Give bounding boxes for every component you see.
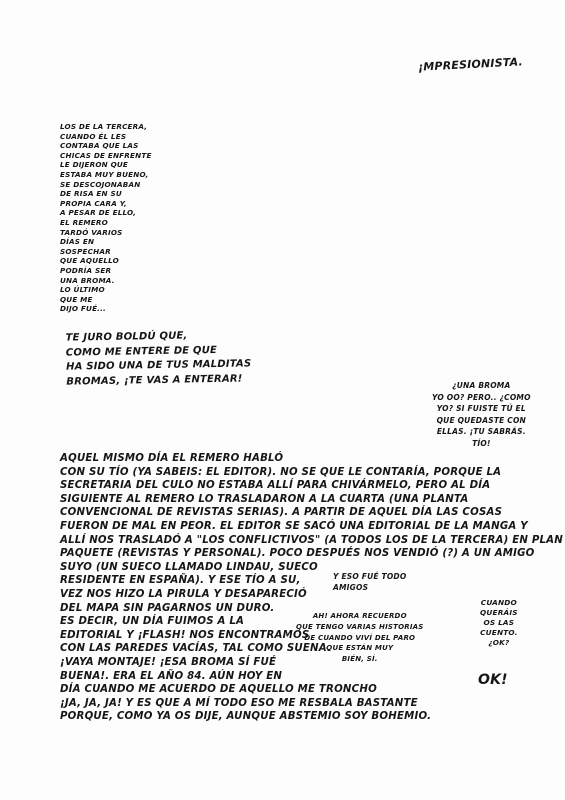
text-line: DÍAS EN xyxy=(60,237,152,247)
text-line: BIÉN, SÍ. xyxy=(296,654,424,665)
text-line: FUERON DE MAL EN PEOR. EL EDITOR SE SACÓ… xyxy=(60,520,563,534)
text-line: ESTABA MUY BUENO, xyxy=(60,170,152,180)
text-line: A PESAR DE ELLO, xyxy=(60,208,152,218)
text-line: QUE QUEDASTE CON xyxy=(432,415,531,427)
text-line: QUE ESTÁN MUY xyxy=(296,643,424,654)
text-line: CHICAS DE ENFRENTE xyxy=(60,151,152,161)
text-line: PORQUE, COMO YA OS DIJE, AUNQUE ABSTEMIO… xyxy=(60,710,563,724)
text-line: EL REMERO xyxy=(60,218,152,228)
text-line: ¿OK? xyxy=(480,638,518,648)
text-line: SIGUIENTE AL REMERO LO TRASLADARON A LA … xyxy=(60,493,563,507)
text-line: SECRETARIA DEL CULO NO ESTABA ALLÍ PARA … xyxy=(60,479,563,493)
text-line: LE DIJERON QUE xyxy=(60,160,152,170)
text-line: QUE AQUELLO xyxy=(60,256,152,266)
text-line: DIJO FUÉ... xyxy=(60,304,152,314)
text-line: DE RISA EN SU xyxy=(60,189,152,199)
text-line: PODRÍA SER xyxy=(60,266,152,276)
text-line: ELLAS. ¡TU SABRÁS. xyxy=(432,426,531,438)
text-line: ALLÍ NOS TRASLADÓ A "LOS CONFLICTIVOS" (… xyxy=(60,534,563,548)
text-line: QUE TENGO VARIAS HISTORIAS xyxy=(296,622,424,633)
text-line: CONVENCIONAL DE REVISTAS SERIAS). A PART… xyxy=(60,506,563,520)
text-line: CUENTO. xyxy=(480,628,518,638)
text-line: YO? SI FUISTE TÚ EL xyxy=(432,403,531,415)
text-line: AQUEL MISMO DÍA EL REMERO HABLÓ xyxy=(60,452,563,466)
text-line: TARDÓ VARIOS xyxy=(60,228,152,238)
text-line: QUE ME xyxy=(60,295,152,305)
text-line: LOS DE LA TERCERA, xyxy=(60,122,152,132)
text-line: SUYO (UN SUECO LLAMADO LINDAU, SUECO xyxy=(60,561,563,575)
text-line: DE CUANDO VIVÍ DEL PARO xyxy=(296,633,424,644)
text-line: PROPIA CARA Y, xyxy=(60,199,152,209)
text-line: ¿UNA BROMA xyxy=(432,380,531,392)
text-line: RESIDENTE EN ESPAÑA). Y ESE TÍO A SU, xyxy=(60,574,563,588)
text-line: Y ESO FUÉ TODO xyxy=(333,571,406,582)
text-line: QUERÁIS xyxy=(480,608,518,618)
text-line: UNA BROMA. xyxy=(60,276,152,286)
text-line: TÍO! xyxy=(432,438,531,450)
page-title: ¡MPRESIONISTA. xyxy=(418,55,523,73)
text-line: ¡JA, JA, JA! Y ES QUE A MÍ TODO ESO ME R… xyxy=(60,697,563,711)
text-line: CONTABA QUE LAS xyxy=(60,141,152,151)
text-line: LO ÚLTIMO xyxy=(60,285,152,295)
amigos-note: Y ESO FUÉ TODOAMIGOS xyxy=(333,571,406,593)
text-line: CUANDO ÉL LES xyxy=(60,132,152,142)
ok-reply: OK! xyxy=(478,672,508,688)
intro-caption: LOS DE LA TERCERA,CUANDO ÉL LESCONTABA Q… xyxy=(60,122,152,314)
threat-speech: TE JURO BOLDÚ QUE,COMO ME ENTERE DE QUEH… xyxy=(66,328,252,389)
reply-speech: ¿UNA BROMAYO OO? PERO.. ¿COMOYO? SI FUIS… xyxy=(432,380,531,449)
text-line: BROMAS, ¡TE VAS A ENTERAR! xyxy=(66,372,251,390)
text-line: YO OO? PERO.. ¿COMO xyxy=(432,392,531,404)
comic-page: ¡MPRESIONISTA. LOS DE LA TERCERA,CUANDO … xyxy=(0,0,565,800)
text-line: CUANDO xyxy=(480,598,518,608)
text-line: PAQUETE (REVISTAS Y PERSONAL). POCO DESP… xyxy=(60,547,563,561)
text-line: SOSPECHAR xyxy=(60,247,152,257)
text-line: OS LAS xyxy=(480,618,518,628)
text-line: SE DESCOJONABAN xyxy=(60,180,152,190)
cuento-note: CUANDOQUERÁISOS LASCUENTO.¿OK? xyxy=(480,598,518,648)
text-line: AMIGOS xyxy=(333,582,406,593)
text-line: CON SU TÍO (YA SABEIS: EL EDITOR). NO SE… xyxy=(60,466,563,480)
text-line: AH! AHORA RECUERDO xyxy=(296,611,424,622)
historias-note: AH! AHORA RECUERDOQUE TENGO VARIAS HISTO… xyxy=(296,611,424,665)
